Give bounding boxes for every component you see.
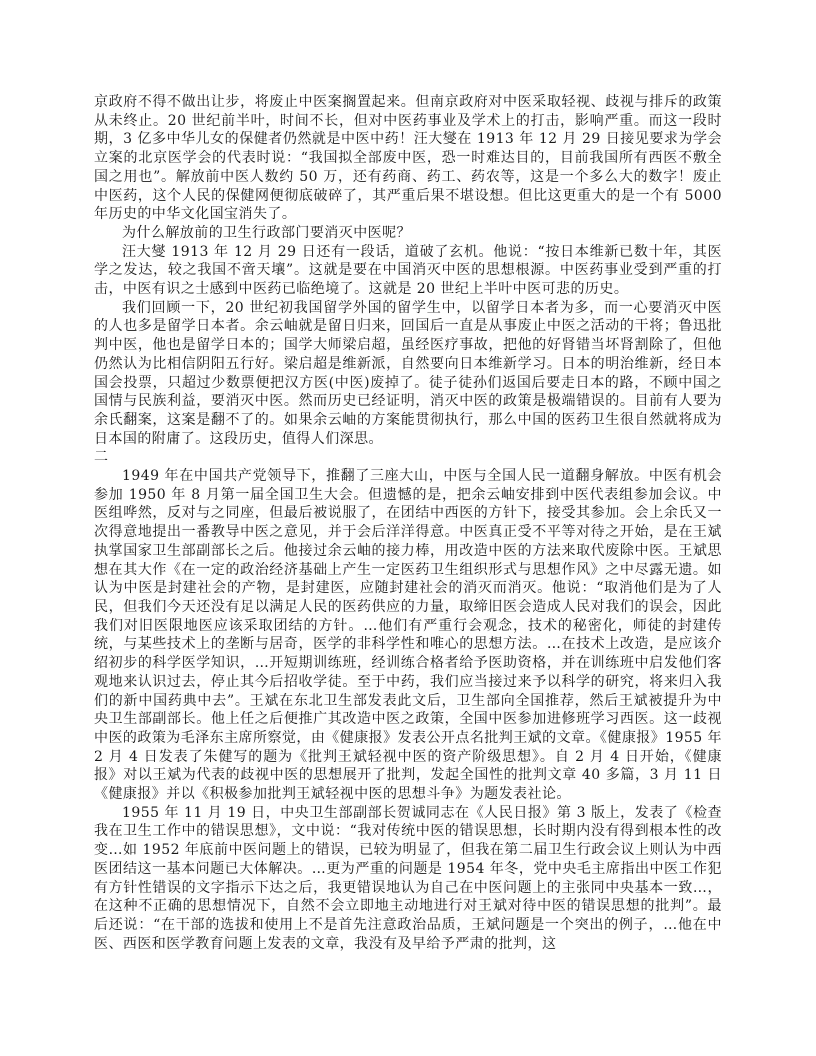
paragraph: 1955 年 11 月 19 日，中央卫生部副部长贺诚同志在《人民日报》第 3 …: [94, 804, 722, 954]
paragraph: 我们回顾一下，20 世纪初我国留学外国的留学生中，以留学日本者为多，而一心要消灭…: [94, 299, 722, 449]
document-body: 京政府不得不做出让步，将废止中医案搁置起来。但南京政府对中医采取轻视、歧视与排斥…: [94, 93, 722, 953]
paragraph: 为什么解放前的卫生行政部门要消灭中医呢？: [94, 224, 722, 243]
section-heading: 二: [94, 448, 722, 467]
paragraph: 汪大燮 1913 年 12 月 29 日还有一段话，道破了玄机。他说：“按日本维…: [94, 243, 722, 299]
paragraph: 1949 年在中国共产党领导下，推翻了三座大山，中医与全国人民一道翻身解放。中医…: [94, 467, 722, 804]
paragraph: 京政府不得不做出让步，将废止中医案搁置起来。但南京政府对中医采取轻视、歧视与排斥…: [94, 93, 722, 224]
document-page: 京政府不得不做出让步，将废止中医案搁置起来。但南京政府对中医采取轻视、歧视与排斥…: [0, 0, 816, 1056]
